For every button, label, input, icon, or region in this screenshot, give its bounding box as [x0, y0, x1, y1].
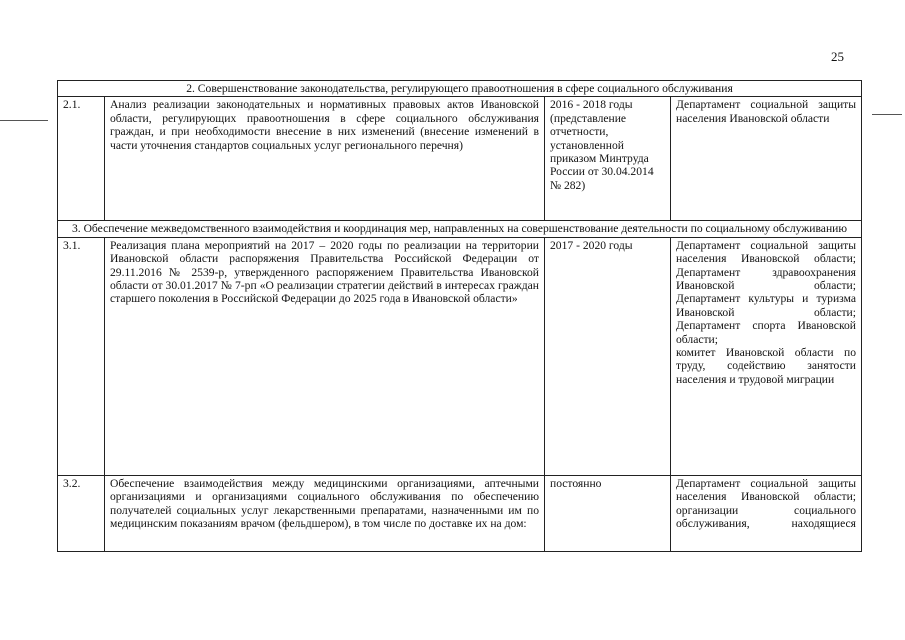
- row-responsible: Департамент социальной защиты населения …: [671, 97, 862, 221]
- row-number: 3.2.: [58, 475, 105, 551]
- row-description: Обеспечение взаимодействия между медицин…: [105, 475, 545, 551]
- section-title: 3. Обеспечение межведомственного взаимод…: [58, 221, 862, 237]
- margin-mark-left: [0, 120, 48, 121]
- row-responsible: Департамент социальной защиты населения …: [671, 475, 862, 551]
- page-number: 25: [831, 49, 844, 65]
- table-row: 3.2. Обеспечение взаимодействия между ме…: [58, 475, 862, 551]
- table-row: 3.1. Реализация плана мероприятий на 201…: [58, 237, 862, 475]
- row-description: Реализация плана мероприятий на 2017 – 2…: [105, 237, 545, 475]
- row-number: 2.1.: [58, 97, 105, 221]
- table-row: 2.1. Анализ реализации законодательных и…: [58, 97, 862, 221]
- row-term: 2017 - 2020 годы: [545, 237, 671, 475]
- section-header-row: 2. Совершенствование законодательства, р…: [58, 81, 862, 97]
- margin-mark-right: [872, 114, 902, 115]
- row-description: Анализ реализации законодательных и норм…: [105, 97, 545, 221]
- responsible-entry: комитет Ивановской области по труду, сод…: [676, 346, 856, 386]
- row-responsible: Департамент социальной защиты населения …: [671, 237, 862, 475]
- responsible-entry: Департамент культуры и туризма Ивановско…: [676, 292, 856, 319]
- responsible-entry: Департамент здравоохранения Ивановской о…: [676, 266, 856, 293]
- section-header-row: 3. Обеспечение межведомственного взаимод…: [58, 221, 862, 237]
- responsible-entry: Департамент социальной защиты населения …: [676, 239, 856, 266]
- responsible-entry: Департамент социальной защиты населения …: [676, 477, 856, 504]
- measures-table: 2. Совершенствование законодательства, р…: [57, 80, 862, 552]
- responsible-entry: Департамент спорта Ивановской области;: [676, 319, 856, 346]
- row-term: 2016 - 2018 годы (представление отчетнос…: [545, 97, 671, 221]
- responsible-entry: организации социального обслуживания, на…: [676, 504, 856, 531]
- section-title: 2. Совершенствование законодательства, р…: [58, 81, 862, 97]
- row-term: постоянно: [545, 475, 671, 551]
- row-number: 3.1.: [58, 237, 105, 475]
- responsible-entry: Департамент социальной защиты населения …: [676, 98, 856, 125]
